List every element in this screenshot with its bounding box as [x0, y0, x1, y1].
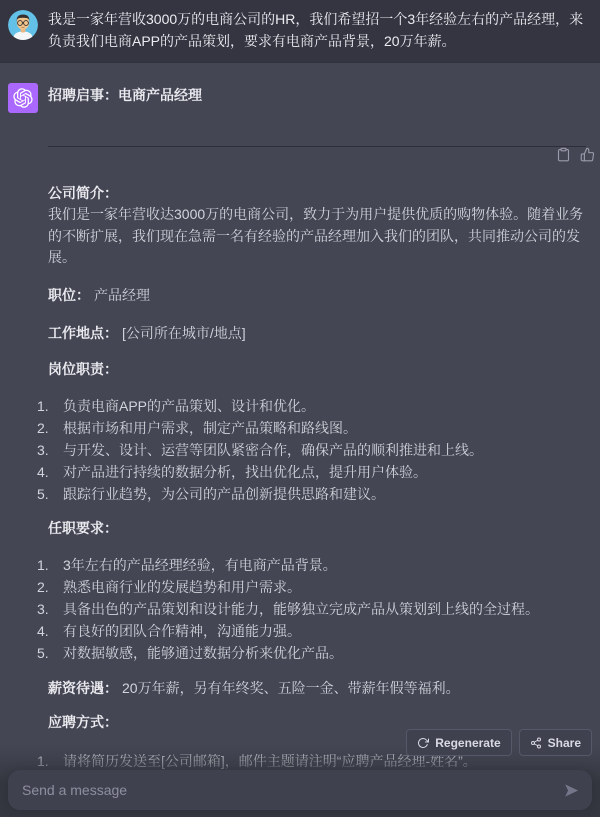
assistant-message: 招聘启事：电商产品经理 公司简介：我们是一家年营收达3000万的电商公司，致力于…	[0, 62, 600, 817]
send-arrow-icon	[564, 783, 579, 798]
list-item: 熟悉电商行业的发展趋势和用户需求。	[63, 576, 586, 598]
response-buttons: Regenerate Share	[406, 729, 592, 756]
message-input[interactable]	[8, 782, 554, 798]
requirements-heading: 任职要求：	[48, 518, 586, 540]
list-item: 3年左右的产品经理经验，有电商产品背景。	[63, 554, 586, 576]
list-item: 负责电商APP的产品策划、设计和优化。	[63, 395, 586, 417]
share-icon	[530, 737, 542, 749]
message-actions	[556, 147, 595, 162]
position-paragraph: 职位：产品经理	[48, 285, 586, 307]
position-value: 产品经理	[94, 287, 150, 303]
clipboard-icon	[556, 147, 571, 162]
company-intro-label: 公司简介：	[48, 185, 118, 201]
salary-paragraph: 薪资待遇：20万年薪，另有年终奖、五险一金、带薪年假等福利。	[48, 678, 586, 700]
salary-value: 20万年薪，另有年终奖、五险一金、带薪年假等福利。	[122, 680, 460, 696]
composer	[8, 770, 592, 810]
list-item: 对产品进行持续的数据分析，找出优化点，提升用户体验。	[63, 461, 586, 483]
job-post-title-text: 招聘启事：电商产品经理	[48, 87, 202, 103]
salary-label: 薪资待遇：	[48, 680, 118, 696]
position-label: 职位：	[48, 287, 90, 303]
location-paragraph: 工作地点：[公司所在城市/地点]	[48, 323, 586, 345]
user-message: 我是一家年营收3000万的电商公司的HR，我们希望招一个3年经验左右的产品经理，…	[0, 0, 600, 62]
user-face-icon	[8, 10, 38, 40]
regenerate-label: Regenerate	[435, 736, 500, 750]
requirements-label: 任职要求：	[48, 520, 118, 536]
apply-label: 应聘方式：	[48, 714, 118, 730]
company-intro-text: 我们是一家年营收达3000万的电商公司，致力于为用户提供优质的购物体验。随着业务…	[48, 206, 583, 265]
list-item: 根据市场和用户需求，制定产品策略和路线图。	[63, 417, 586, 439]
location-label: 工作地点：	[48, 325, 118, 341]
refresh-icon	[417, 737, 429, 749]
list-item: 跟踪行业趋势，为公司的产品创新提供思路和建议。	[63, 483, 586, 505]
list-item: 有良好的团队合作精神，沟通能力强。	[63, 620, 586, 642]
chat-window: 我是一家年营收3000万的电商公司的HR，我们希望招一个3年经验左右的产品经理，…	[0, 0, 600, 817]
thumbs-up-button[interactable]	[580, 147, 595, 162]
share-button[interactable]: Share	[519, 729, 592, 756]
location-value: [公司所在城市/地点]	[122, 325, 246, 341]
thumbs-up-icon	[580, 147, 595, 162]
job-post-title: 招聘启事：电商产品经理	[48, 85, 586, 107]
list-item: 具备出色的产品策划和设计能力，能够独立完成产品从策划到上线的全过程。	[63, 598, 586, 620]
openai-logo-icon	[13, 88, 33, 108]
duties-heading: 岗位职责：	[48, 359, 586, 381]
duties-label: 岗位职责：	[48, 361, 118, 377]
list-item: 与开发、设计、运营等团队紧密合作，确保产品的顺利推进和上线。	[63, 439, 586, 461]
send-button[interactable]	[554, 783, 592, 798]
regenerate-button[interactable]: Regenerate	[406, 729, 511, 756]
assistant-content: 招聘启事：电商产品经理 公司简介：我们是一家年营收达3000万的电商公司，致力于…	[48, 83, 586, 817]
share-label: Share	[548, 736, 581, 750]
horizontal-rule	[48, 146, 586, 147]
chatgpt-avatar	[8, 83, 38, 113]
requirements-list: 3年左右的产品经理经验，有电商产品背景。 熟悉电商行业的发展趋势和用户需求。 具…	[48, 554, 586, 664]
company-intro-paragraph: 公司简介：我们是一家年营收达3000万的电商公司，致力于为用户提供优质的购物体验…	[48, 183, 586, 269]
duties-list: 负责电商APP的产品策划、设计和优化。 根据市场和用户需求，制定产品策略和路线图…	[48, 395, 586, 505]
user-avatar	[8, 10, 38, 40]
list-item: 对数据敏感，能够通过数据分析来优化产品。	[63, 642, 586, 664]
copy-button[interactable]	[556, 147, 571, 162]
user-message-text: 我是一家年营收3000万的电商公司的HR，我们希望招一个3年经验左右的产品经理，…	[48, 9, 586, 62]
